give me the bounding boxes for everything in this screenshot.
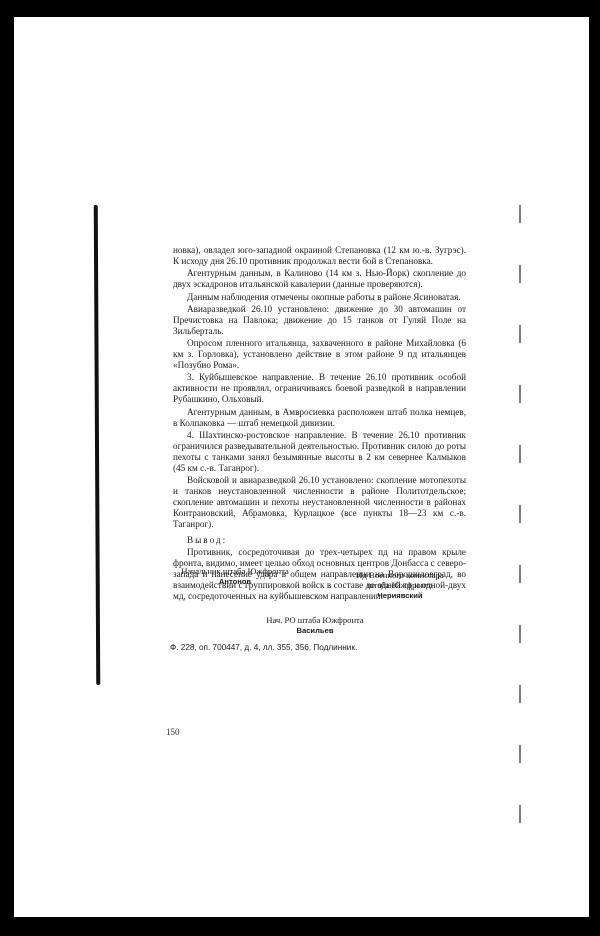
paragraph: Данным наблюдения отмечены окопные работ… xyxy=(173,292,466,303)
paragraph: новка), овладел юго-западной окраиной Ст… xyxy=(173,245,466,267)
section-4-paragraph: 4. Шахтинско-ростовское направление. В т… xyxy=(173,430,466,474)
archive-source-note: Ф. 228, оп. 700447, д. 4, лл. 355, 356. … xyxy=(170,643,470,652)
signature-commissar: Ид Военного комиссара штаба Южфронта Чер… xyxy=(340,570,460,601)
signature-name: Чериявский xyxy=(377,591,422,600)
paragraph: Агентурным данным, в Калиново (14 км з. … xyxy=(173,268,466,290)
signature-name: Антонов xyxy=(219,577,251,586)
signature-title-line2: штаба Южфронта xyxy=(340,580,460,590)
paragraph: Агентурным данным, в Амвросиевка располо… xyxy=(173,407,466,429)
document-body: новка), овладел юго-западной окраиной Ст… xyxy=(173,245,466,603)
paragraph: Авиаразведкой 26.10 установлено: движени… xyxy=(173,304,466,337)
signature-intelligence-chief: Нач. РО штаба Южфронта Васильев xyxy=(240,615,390,636)
section-3-paragraph: 3. Куйбышевское направление. В течение 2… xyxy=(173,372,466,405)
signature-chief-of-staff: Начальник штаба Южфронта Антонов xyxy=(165,566,305,587)
paragraph: Опросом пленного итальянца, захваченного… xyxy=(173,338,466,371)
page-number: 150 xyxy=(166,727,180,737)
conclusion-heading: Вывод: xyxy=(173,535,466,546)
scan-edge-right xyxy=(519,205,521,825)
signature-name: Васильев xyxy=(297,626,334,635)
signature-title-line1: Ид Военного комиссара xyxy=(340,570,460,580)
paragraph: Войсковой и авиаразведкой 26.10 установл… xyxy=(173,475,466,530)
signature-title: Нач. РО штаба Южфронта xyxy=(240,615,390,625)
signature-title: Начальник штаба Южфронта xyxy=(165,566,305,576)
